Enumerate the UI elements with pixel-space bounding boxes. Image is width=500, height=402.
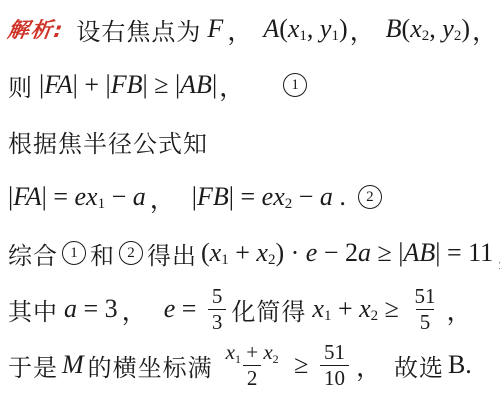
chinese-text: 的横坐标满 [88, 348, 213, 383]
spacer [245, 85, 279, 86]
math-roman: ， [227, 11, 253, 48]
math-roman: − 2 [317, 238, 358, 268]
math-roman: , [307, 14, 320, 44]
math-roman: | = [42, 182, 75, 212]
math-roman: ) [339, 14, 348, 44]
math-roman: ， [472, 11, 498, 48]
math-variable: a [320, 182, 333, 212]
math-variable: y [320, 14, 332, 44]
math-roman: 3 [212, 311, 223, 333]
math-roman: | = 11 [435, 238, 493, 268]
math-variable: FB [111, 70, 143, 100]
spacer [376, 29, 386, 30]
chinese-text: 综合 [8, 236, 58, 271]
fraction-denominator: 10 [320, 365, 349, 390]
circled-number: 1 [62, 241, 86, 265]
solution-line: 于是M的横坐标满x1 + x22 ≥ 5110，故选B. [8, 337, 498, 393]
math-roman: 5 [420, 311, 431, 333]
solution-line: 其中a = 3，e = 53化简得x1 + x2 ≥ 515， [8, 281, 498, 337]
math-roman: = 3 [77, 294, 118, 324]
spacer [66, 29, 76, 30]
math-subscript: 1 [324, 308, 332, 325]
fraction: x1 + x22 [222, 340, 283, 389]
math-roman: + [241, 341, 263, 363]
circled-number: 2 [358, 185, 382, 209]
math-roman: ， [122, 291, 148, 328]
spacer [346, 197, 354, 198]
math-roman: . [333, 182, 346, 212]
math-variable: y [442, 14, 454, 44]
math-variable: x [210, 238, 222, 268]
math-roman: | ≥ | [142, 70, 180, 100]
math-variable: A [263, 14, 279, 44]
chinese-text: 则 [8, 68, 33, 103]
math-variable: ex [262, 182, 285, 212]
math-variable: x [410, 14, 422, 44]
math-subscript: 1 [299, 28, 307, 45]
math-variable: x [288, 14, 300, 44]
chinese-text: 和 [90, 236, 115, 271]
math-roman: + [229, 238, 257, 268]
chinese-text: 其中 [8, 292, 58, 327]
math-subscript: 2 [285, 196, 293, 213]
math-roman: ( [402, 14, 411, 44]
math-roman: 10 [324, 367, 345, 389]
math-variable: FA [13, 182, 41, 212]
math-subscript: 2 [454, 28, 462, 45]
math-roman: ( [201, 238, 210, 268]
math-subscript: 2 [268, 252, 276, 269]
math-subscript: 2 [422, 28, 430, 45]
math-subscript: 1 [98, 196, 106, 213]
fraction-denominator: 5 [416, 309, 435, 334]
spacer [213, 365, 217, 366]
math-variable: x [226, 341, 235, 363]
math-subscript: 1 [235, 353, 241, 366]
chinese-text: 化简得 [231, 292, 306, 327]
spacer [382, 365, 394, 366]
math-roman: 51 [414, 285, 435, 307]
math-variable: FA [44, 70, 72, 100]
solution-line: 解析:设右焦点为F，A(x1, y1)，B(x2, y2)， [8, 1, 498, 57]
fraction-numerator: 51 [320, 340, 349, 364]
solution-line: 综合1和2得出(x1 + x2) · e − 2a ≥ |AB| = 11， [8, 225, 498, 281]
chinese-text: 得出 [147, 236, 197, 271]
math-roman: − [292, 182, 320, 212]
math-roman: ， [356, 347, 382, 384]
fraction-numerator: 51 [410, 284, 439, 308]
math-roman: ≥ [288, 350, 315, 380]
math-roman: + [331, 294, 359, 324]
analysis-marker: 解析: [6, 14, 67, 44]
math-variable: x [263, 341, 272, 363]
chinese-text: 故选 [394, 348, 444, 383]
spacer [148, 309, 164, 310]
math-subscript: 2 [273, 353, 279, 366]
math-roman: ≥ [378, 294, 405, 324]
math-roman: ) · [275, 238, 305, 268]
math-roman: ) [461, 14, 470, 44]
math-roman: ， [446, 291, 472, 328]
math-variable: e [164, 294, 176, 324]
circled-number: 2 [119, 241, 143, 265]
math-roman: | = [229, 182, 262, 212]
fraction-numerator: 5 [208, 284, 227, 308]
math-variable: ex [75, 182, 98, 212]
math-variable: B [386, 14, 402, 44]
math-subscript: 2 [371, 308, 379, 325]
solution-lines: 解析:设右焦点为F，A(x1, y1)，B(x2, y2)，则|FA| + |F… [8, 1, 498, 393]
math-variable: e [306, 238, 318, 268]
math-roman: | + | [73, 70, 111, 100]
solution-line: 则|FA| + |FB| ≥ |AB|，1 [8, 57, 498, 113]
math-roman: 51 [324, 341, 345, 363]
math-roman: ， [150, 179, 176, 216]
math-variable: x [256, 238, 268, 268]
math-roman: ( [279, 14, 288, 44]
spacer [176, 197, 192, 198]
math-variable: a [133, 182, 146, 212]
fraction: 515 [410, 284, 439, 333]
fraction-numerator: x1 + x2 [222, 340, 283, 364]
math-variable: AB [180, 70, 212, 100]
math-variable: a [358, 238, 371, 268]
math-variable: AB [403, 238, 435, 268]
fraction-denominator: 2 [243, 365, 262, 390]
solution-line: 根据焦半径公式知 [8, 113, 498, 169]
fraction-denominator: 3 [208, 309, 227, 334]
math-subscript: 1 [221, 252, 229, 269]
math-roman: ， [350, 11, 376, 48]
math-roman: , [429, 14, 442, 44]
math-variable: FB [197, 182, 229, 212]
fraction: 53 [208, 284, 227, 333]
math-roman: 5 [212, 285, 223, 307]
spacer [253, 29, 263, 30]
math-roman: ≥ | [371, 238, 403, 268]
circled-number: 1 [283, 73, 307, 97]
math-variable: F [207, 14, 223, 44]
chinese-text: 根据焦半径公式知 [8, 124, 208, 159]
math-roman: ， [219, 67, 245, 104]
solution-line: |FA| = ex1 − a，|FB| = ex2 − a .2 [8, 169, 498, 225]
fraction: 5110 [320, 340, 349, 389]
math-roman: − [105, 182, 133, 212]
math-roman: 2 [247, 367, 258, 389]
math-roman: = [175, 294, 203, 324]
math-variable: x [312, 294, 324, 324]
math-variable: x [359, 294, 371, 324]
math-variable: a [64, 294, 77, 324]
math-variable: M [62, 350, 84, 380]
math-subscript: 1 [331, 28, 339, 45]
math-roman: B. [448, 350, 472, 380]
chinese-text: 于是 [8, 348, 58, 383]
solution-panel: 解析:设右焦点为F，A(x1, y1)，B(x2, y2)，则|FA| + |F… [0, 0, 500, 393]
chinese-text: 设右焦点为 [76, 12, 201, 47]
